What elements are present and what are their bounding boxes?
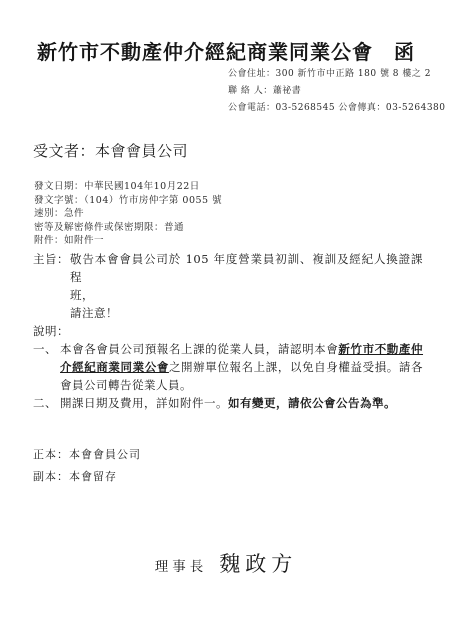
item-2-text-part-1: 開課日期及費用，詳如附件一。 [60, 396, 228, 410]
contact-person: 聯 絡 人：蕭祕書 [228, 83, 446, 100]
explanation-item-1: 一、 本會各會員公司預報名上課的從業人員，請認明本會新竹市不動產仲介經紀商業同業… [33, 340, 423, 394]
letter-body: 主旨： 敬告本會會員公司於 105 年度營業員初訓、複訓及經紀人換證課程 班， … [33, 250, 423, 412]
original-copy-line: 正本：本會會員公司 [33, 444, 141, 466]
explanation-heading: 說明： [33, 322, 423, 340]
item-1-number: 一、 [33, 340, 57, 358]
item-2-number: 二、 [33, 394, 57, 412]
association-contact-block: 公會住址：300 新竹市中正路 180 號 8 樓之 2 聯 絡 人：蕭祕書 公… [228, 66, 446, 117]
chairman-name: 魏政方 [219, 548, 297, 578]
distribution-block: 正本：本會會員公司 副本：本會留存 [33, 444, 141, 488]
attachment-line: 附件：如附件一 [34, 234, 222, 248]
letter-title: 新竹市不動產仲介經紀商業同業公會 函 [0, 36, 452, 65]
change-notice-emphasis: 如有變更，請依公會公告為準。 [228, 396, 396, 410]
subject-label: 主旨： [33, 250, 69, 268]
issue-date-line: 發文日期：中華民國104年10月22日 [34, 180, 222, 194]
explanation-item-2: 二、 開課日期及費用，詳如附件一。如有變更，請依公會公告為準。 [33, 394, 423, 412]
subject-paragraph: 主旨： 敬告本會會員公司於 105 年度營業員初訓、複訓及經紀人換證課程 班， … [33, 250, 423, 322]
recipient-line: 受文者：本會會員公司 [33, 140, 188, 161]
item-1-text-part-1: 本會各會員公司預報名上課的從業人員，請認明本會 [60, 342, 338, 356]
document-meta-block: 發文日期：中華民國104年10月22日 發文字號：（104）竹市房仲字第 005… [34, 180, 222, 248]
doc-number-line: 發文字號：（104）竹市房仲字第 0055 號 [34, 194, 222, 208]
phone-fax-line: 公會電話：03-5268545 公會傳真：03-5264380 [228, 100, 446, 117]
subject-line-3: 請注意！ [70, 304, 423, 322]
subject-line-1: 敬告本會會員公司於 105 年度營業員初訓、複訓及經紀人換證課程 [70, 250, 423, 286]
chairman-title: 理事長 [155, 555, 208, 575]
subject-line-2: 班， [70, 286, 423, 304]
security-line: 密等及解密條件或保密期限：普通 [34, 221, 222, 235]
duplicate-copy-line: 副本：本會留存 [33, 466, 141, 488]
signature-block: 理事長 魏政方 [0, 548, 452, 578]
association-address: 公會住址：300 新竹市中正路 180 號 8 樓之 2 [228, 66, 446, 83]
official-letter-page: 新竹市不動產仲介經紀商業同業公會 函 公會住址：300 新竹市中正路 180 號… [0, 0, 452, 640]
priority-line: 速別：急件 [34, 207, 222, 221]
